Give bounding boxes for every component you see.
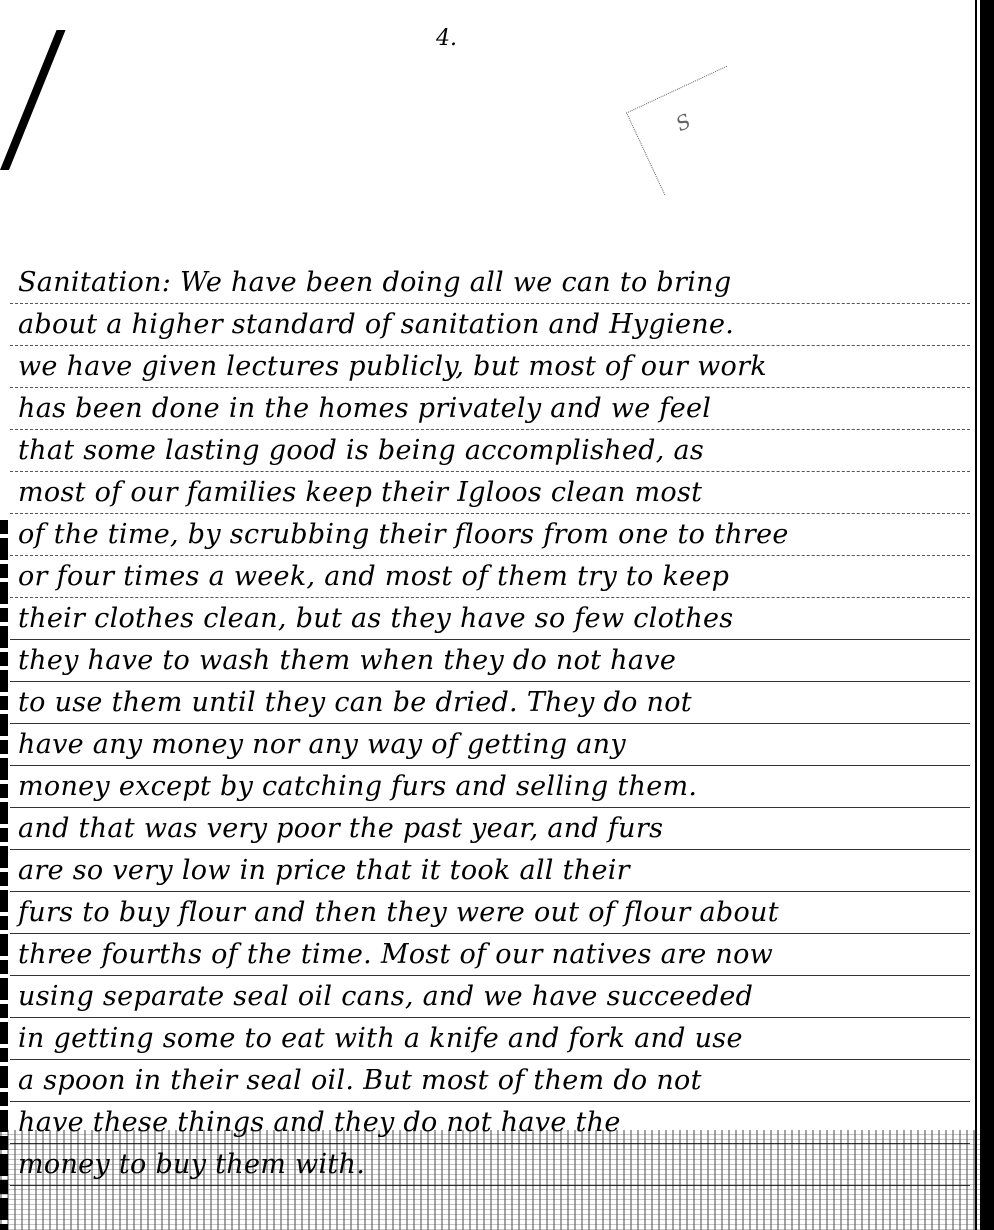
text-line: a spoon in their seal oil. But most of t… bbox=[10, 1060, 970, 1102]
text-line: to use them until they can be dried. The… bbox=[10, 682, 970, 724]
text-line: of the time, by scrubbing their floors f… bbox=[10, 514, 970, 556]
text-line: we have given lectures publicly, but mos… bbox=[10, 346, 970, 388]
handwritten-text-body: Sanitation: We have been doing all we ca… bbox=[10, 262, 970, 1186]
stamp-glyph: S bbox=[672, 109, 695, 137]
text-line: about a higher standard of sanitation an… bbox=[10, 304, 970, 346]
text-line: have these things and they do not have t… bbox=[10, 1102, 970, 1144]
text-line: or four times a week, and most of them t… bbox=[10, 556, 970, 598]
text-line: using separate seal oil cans, and we hav… bbox=[10, 976, 970, 1018]
text-line: money except by catching furs and sellin… bbox=[10, 766, 970, 808]
text-line: three fourths of the time. Most of our n… bbox=[10, 934, 970, 976]
left-binding-edge bbox=[0, 520, 8, 1230]
page-edge-shadow bbox=[980, 0, 994, 1230]
page-number: 4. bbox=[436, 26, 457, 51]
text-line: most of our families keep their Igloos c… bbox=[10, 472, 970, 514]
text-line: has been done in the homes privately and… bbox=[10, 388, 970, 430]
text-line: that some lasting good is being accompli… bbox=[10, 430, 970, 472]
text-line: are so very low in price that it took al… bbox=[10, 850, 970, 892]
text-line: they have to wash them when they do not … bbox=[10, 640, 970, 682]
scanned-page: 4. S Sanitation: We have been doing all … bbox=[0, 0, 994, 1230]
text-line: their clothes clean, but as they have so… bbox=[10, 598, 970, 640]
text-line: money to buy them with. bbox=[10, 1144, 970, 1186]
margin-pen-stroke bbox=[0, 30, 76, 170]
text-line: and that was very poor the past year, an… bbox=[10, 808, 970, 850]
text-line: Sanitation: We have been doing all we ca… bbox=[10, 262, 970, 304]
text-line: in getting some to eat with a knife and … bbox=[10, 1018, 970, 1060]
text-line: furs to buy flour and then they were out… bbox=[10, 892, 970, 934]
text-line: have any money nor any way of getting an… bbox=[10, 724, 970, 766]
faint-stamp-mark: S bbox=[626, 66, 765, 195]
